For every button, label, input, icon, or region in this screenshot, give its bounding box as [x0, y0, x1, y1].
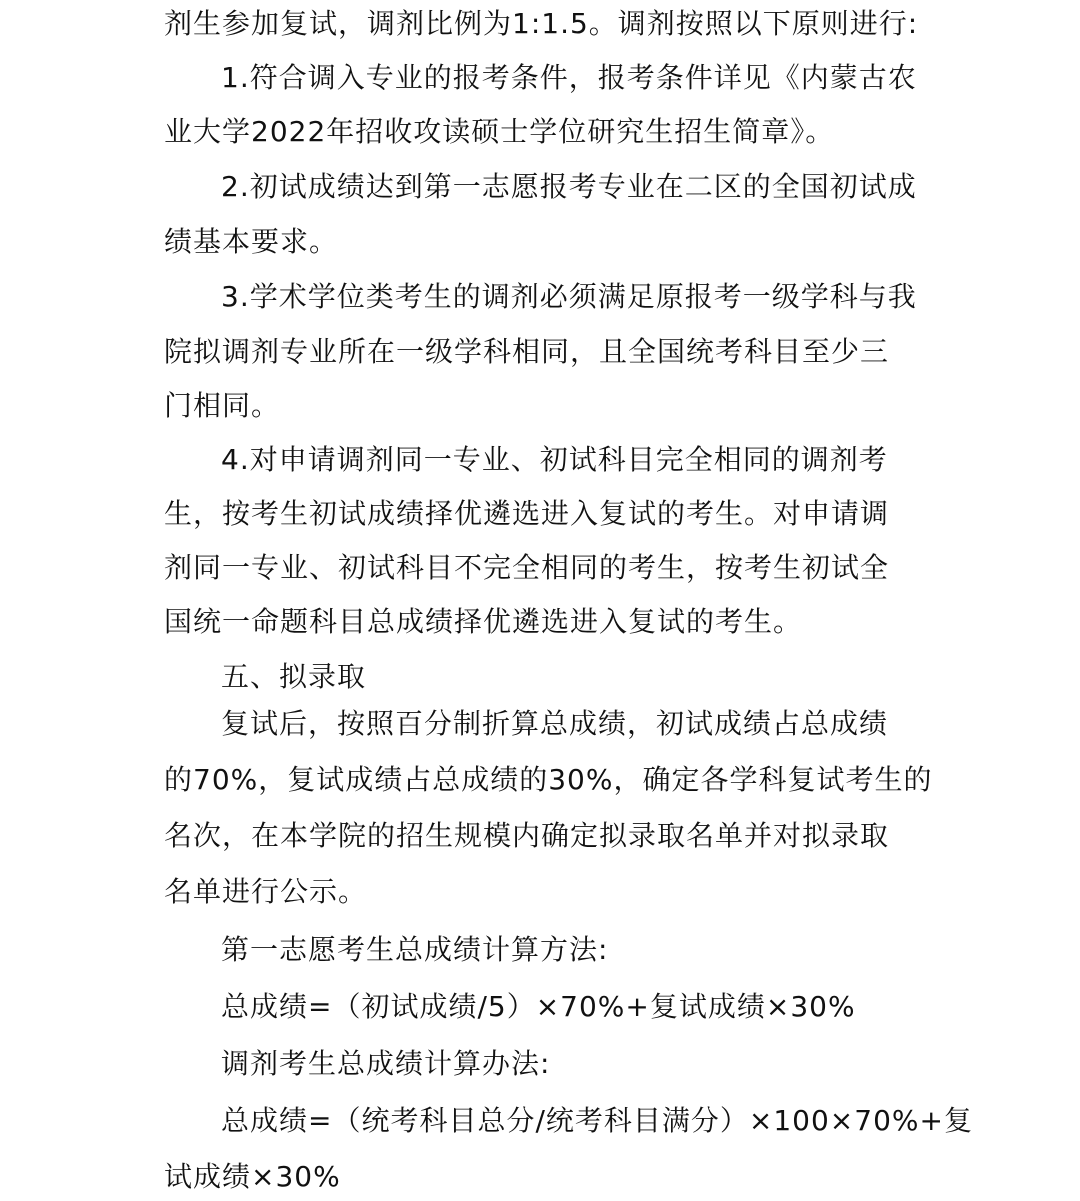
formula-first-choice: 总成绩=（初试成绩/5）×70%+复试成绩×30% — [221, 987, 856, 1027]
text-line-rule-4: 4.对申请调剂同一专业、初试科目完全相同的调剂考 — [221, 440, 888, 480]
formula-adjustment: 总成绩=（统考科目总分/统考科目满分）×100×70%+复 — [221, 1101, 973, 1141]
text-line-admission-para: 复试后，按照百分制折算总成绩，初试成绩占总成绩 — [221, 704, 888, 744]
formula-adjustment-cont: 试成绩×30% — [164, 1157, 341, 1197]
text-line-rule-4-cont-1: 生，按考生初试成绩择优遴选进入复试的考生。对申请调 — [164, 494, 889, 534]
text-line-rule-3: 3.学术学位类考生的调剂必须满足原报考一级学科与我 — [221, 277, 917, 317]
text-line-rule-2-cont: 绩基本要求。 — [164, 222, 338, 262]
text-line-rule-4-cont-3: 国统一命题科目总成绩择优遴选进入复试的考生。 — [164, 602, 802, 642]
text-line-rule-3-cont-2: 门相同。 — [164, 386, 280, 426]
text-line-continuation-ratio: 剂生参加复试，调剂比例为1:1.5。调剂按照以下原则进行: — [164, 4, 918, 44]
text-line-admission-cont-1: 的70%，复试成绩占总成绩的30%，确定各学科复试考生的 — [164, 760, 932, 800]
text-line-rule-1: 1.符合调入专业的报考条件，报考条件详见《内蒙古农 — [221, 58, 917, 98]
text-line-rule-2: 2.初试成绩达到第一志愿报考专业在二区的全国初试成 — [221, 167, 917, 207]
formula-label-adjustment: 调剂考生总成绩计算办法: — [221, 1044, 550, 1084]
document-page: 剂生参加复试，调剂比例为1:1.5。调剂按照以下原则进行: 1.符合调入专业的报… — [0, 0, 1080, 1201]
text-line-admission-cont-3: 名单进行公示。 — [164, 872, 367, 912]
section-heading-admission: 五、拟录取 — [221, 657, 366, 697]
formula-label-first-choice: 第一志愿考生总成绩计算方法: — [221, 930, 608, 970]
text-line-rule-1-cont: 业大学2022年招收攻读硕士学位研究生招生简章》。 — [164, 112, 834, 152]
text-line-rule-4-cont-2: 剂同一专业、初试科目不完全相同的考生，按考生初试全 — [164, 548, 889, 588]
text-line-rule-3-cont-1: 院拟调剂专业所在一级学科相同，且全国统考科目至少三 — [164, 332, 889, 372]
text-line-admission-cont-2: 名次，在本学院的招生规模内确定拟录取名单并对拟录取 — [164, 816, 889, 856]
